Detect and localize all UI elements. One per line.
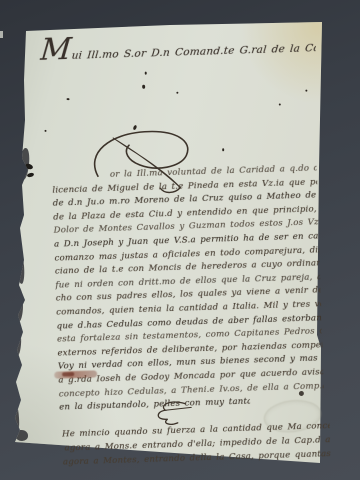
ink-speck (222, 148, 224, 151)
manuscript-text-layer: Mui Ill.mo S.or D.n Comand.te G.ral de l… (0, 0, 360, 480)
ink-speck (44, 130, 46, 132)
ink-speck (305, 90, 307, 92)
ink-speck (145, 72, 147, 75)
manuscript-header-line: Mui Ill.mo S.or D.n Comand.te G.ral de l… (38, 25, 318, 76)
red-ink-stain (54, 370, 97, 378)
red-ink-stain-core (62, 372, 74, 376)
ink-speck (66, 98, 69, 100)
ink-speck (142, 85, 145, 89)
document-photo: Mui Ill.mo S.or D.n Comand.te G.ral de l… (0, 0, 360, 480)
ink-speck (279, 103, 281, 105)
ink-speck (176, 92, 178, 94)
